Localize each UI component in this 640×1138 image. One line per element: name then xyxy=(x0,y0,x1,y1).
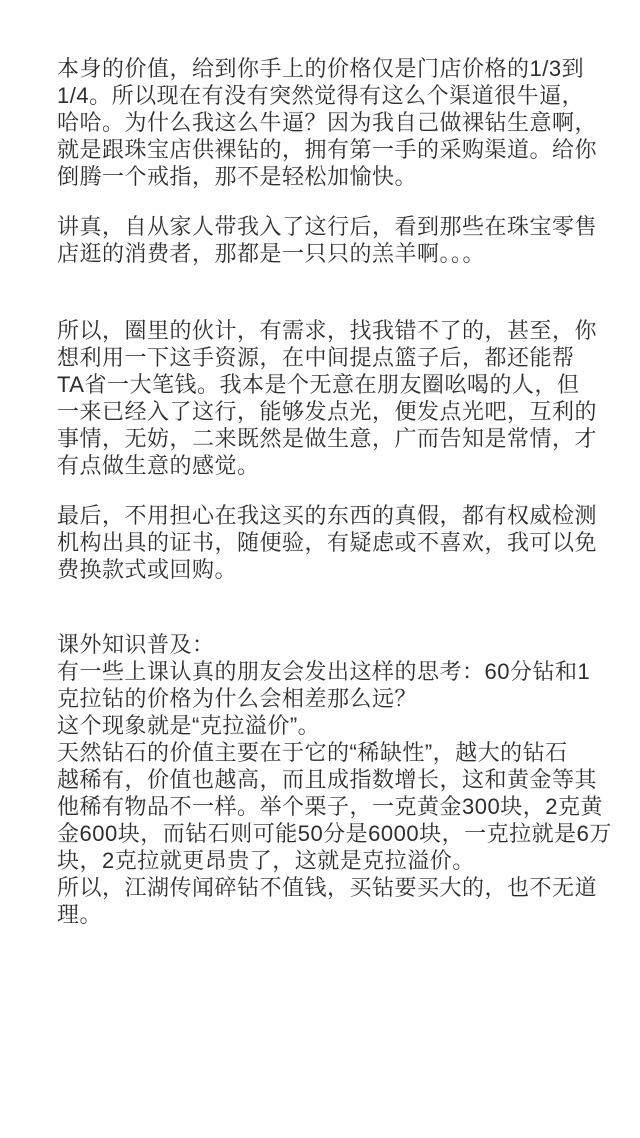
paragraph-price-value: 本身的价值，给到你手上的价格仅是门店价格的1/3到1/4。所以现在有没有突然觉得… xyxy=(57,55,582,190)
text-line: TA省一大笔钱。我本是个无意在朋友圈吆喝的人，但 xyxy=(57,371,582,398)
text-line: 倒腾一个戒指，那不是轻松加愉快。 xyxy=(57,163,582,190)
text-line: 事情，无妨，二来既然是做生意，广而告知是常情，才 xyxy=(57,425,582,452)
text-line: 所以，江湖传闻碎钻不值钱，买钻要买大的，也不无道 xyxy=(57,874,582,901)
paragraph-authenticity: 最后，不用担心在我这买的东西的真假，都有权威检测机构出具的证书，随便验，有疑虑或… xyxy=(57,502,582,583)
paragraph-find-me: 所以，圈里的伙计，有需求，找我错不了的，甚至，你想利用一下这手资源，在中间提点篮… xyxy=(57,317,582,479)
text-line: 费换款式或回购。 xyxy=(57,556,582,583)
text-line: 一来已经入了这行，能够发点光，便发点光吧，互利的 xyxy=(57,398,582,425)
text-line: 他稀有物品不一样。举个栗子，一克黄金300块，2克黄 xyxy=(57,793,582,820)
text-line: 天然钻石的价值主要在于它的“稀缺性”，越大的钻石 xyxy=(57,739,582,766)
text-line: 最后，不用担心在我这买的东西的真假，都有权威检测 xyxy=(57,502,582,529)
text-line: 这个现象就是“克拉溢价”。 xyxy=(57,712,582,739)
text-line: 有一些上课认真的朋友会发出这样的思考：60分钻和1 xyxy=(57,658,582,685)
text-line: 克拉钻的价格为什么会相差那么远？ xyxy=(57,685,582,712)
text-line: 有点做生意的感觉。 xyxy=(57,452,582,479)
document-body: 本身的价值，给到你手上的价格仅是门店价格的1/3到1/4。所以现在有没有突然觉得… xyxy=(0,0,640,1138)
text-line: 1/4。所以现在有没有突然觉得有这么个渠道很牛逼， xyxy=(57,82,582,109)
text-line: 就是跟珠宝店供裸钻的，拥有第一手的采购渠道。给你 xyxy=(57,136,582,163)
paragraph-honest-talk: 讲真，自从家人带我入了这行后，看到那些在珠宝零售店逛的消费者，那都是一只只的羔羊… xyxy=(57,213,582,294)
text-line: 越稀有，价值也越高，而且成指数增长，这和黄金等其 xyxy=(57,766,582,793)
text-line: 课外知识普及： xyxy=(57,631,582,658)
text-line: 哈哈。为什么我这么牛逼？因为我自己做裸钻生意啊， xyxy=(57,109,582,136)
text-line: 本身的价值，给到你手上的价格仅是门店价格的1/3到 xyxy=(57,55,582,82)
text-line: 所以，圈里的伙计，有需求，找我错不了的，甚至，你 xyxy=(57,317,582,344)
text-line: 想利用一下这手资源，在中间提点篮子后，都还能帮 xyxy=(57,344,582,371)
text-line: 讲真，自从家人带我入了这行后，看到那些在珠宝零售 xyxy=(57,213,582,240)
text-line: 块，2克拉就更昂贵了，这就是克拉溢价。 xyxy=(57,847,582,874)
paragraph-extra-knowledge: 课外知识普及：有一些上课认真的朋友会发出这样的思考：60分钻和1克拉钻的价格为什… xyxy=(57,631,582,928)
text-line: 理。 xyxy=(57,901,582,928)
text-line: 店逛的消费者，那都是一只只的羔羊啊。。。 xyxy=(57,240,582,267)
text-line: 金600块，而钻石则可能50分是6000块，一克拉就是6万 xyxy=(57,820,582,847)
text-line: 机构出具的证书，随便验，有疑虑或不喜欢，我可以免 xyxy=(57,529,582,556)
